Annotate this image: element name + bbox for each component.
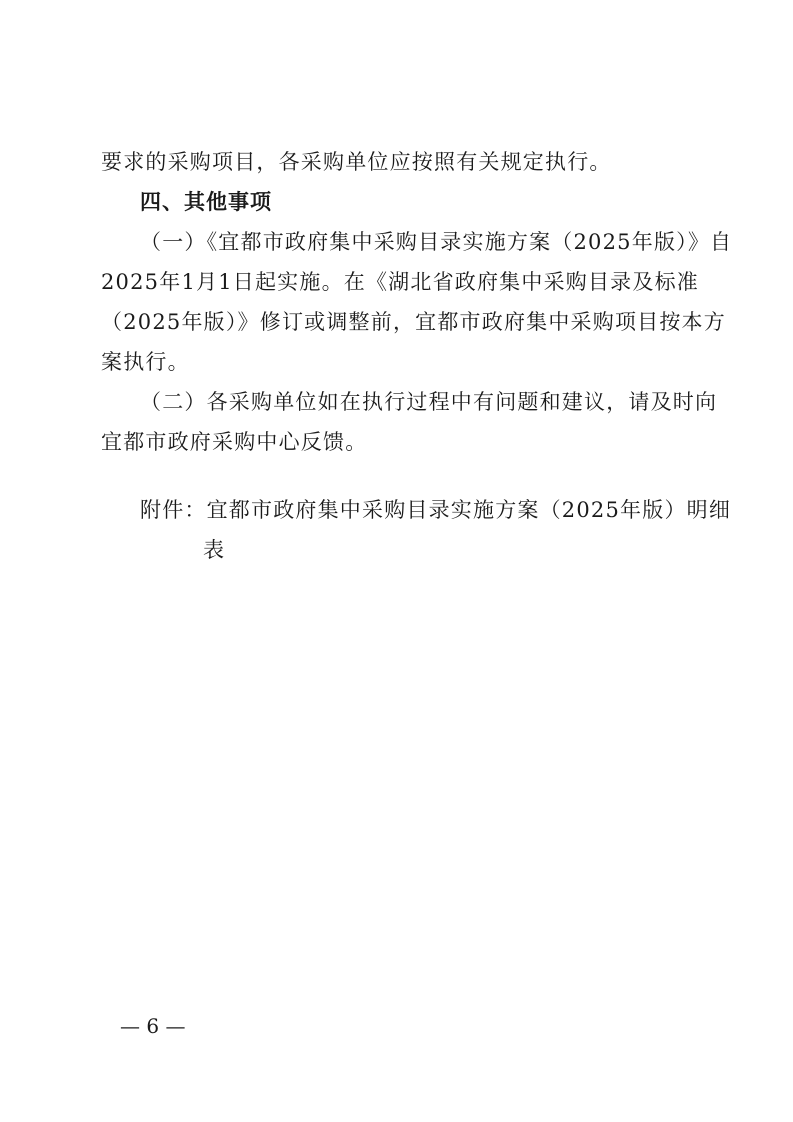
- attachment-line: 附件：宜都市政府集中采购目录实施方案（2025年版）明细: [140, 496, 691, 524]
- paragraph-line: 2025年1月1日起实施。在《湖北省政府集中采购目录及标准: [101, 268, 691, 296]
- paragraph-line: （2025年版）》修订或调整前，宜都市政府集中采购项目按本方: [101, 308, 691, 336]
- paragraph-line: 要求的采购项目，各采购单位应按照有关规定执行。: [101, 148, 691, 176]
- page-number: — 6 —: [120, 1013, 185, 1039]
- attachment-line: 表: [203, 536, 793, 564]
- paragraph-line: 案执行。: [101, 348, 691, 376]
- paragraph-line: （二）各采购单位如在执行过程中有问题和建议，请及时向: [140, 388, 691, 416]
- section-heading: 四、其他事项: [140, 188, 730, 216]
- paragraph-line: 宜都市政府采购中心反馈。: [101, 428, 691, 456]
- paragraph-line: （一）《宜都市政府集中采购目录实施方案（2025年版）》自: [140, 228, 691, 256]
